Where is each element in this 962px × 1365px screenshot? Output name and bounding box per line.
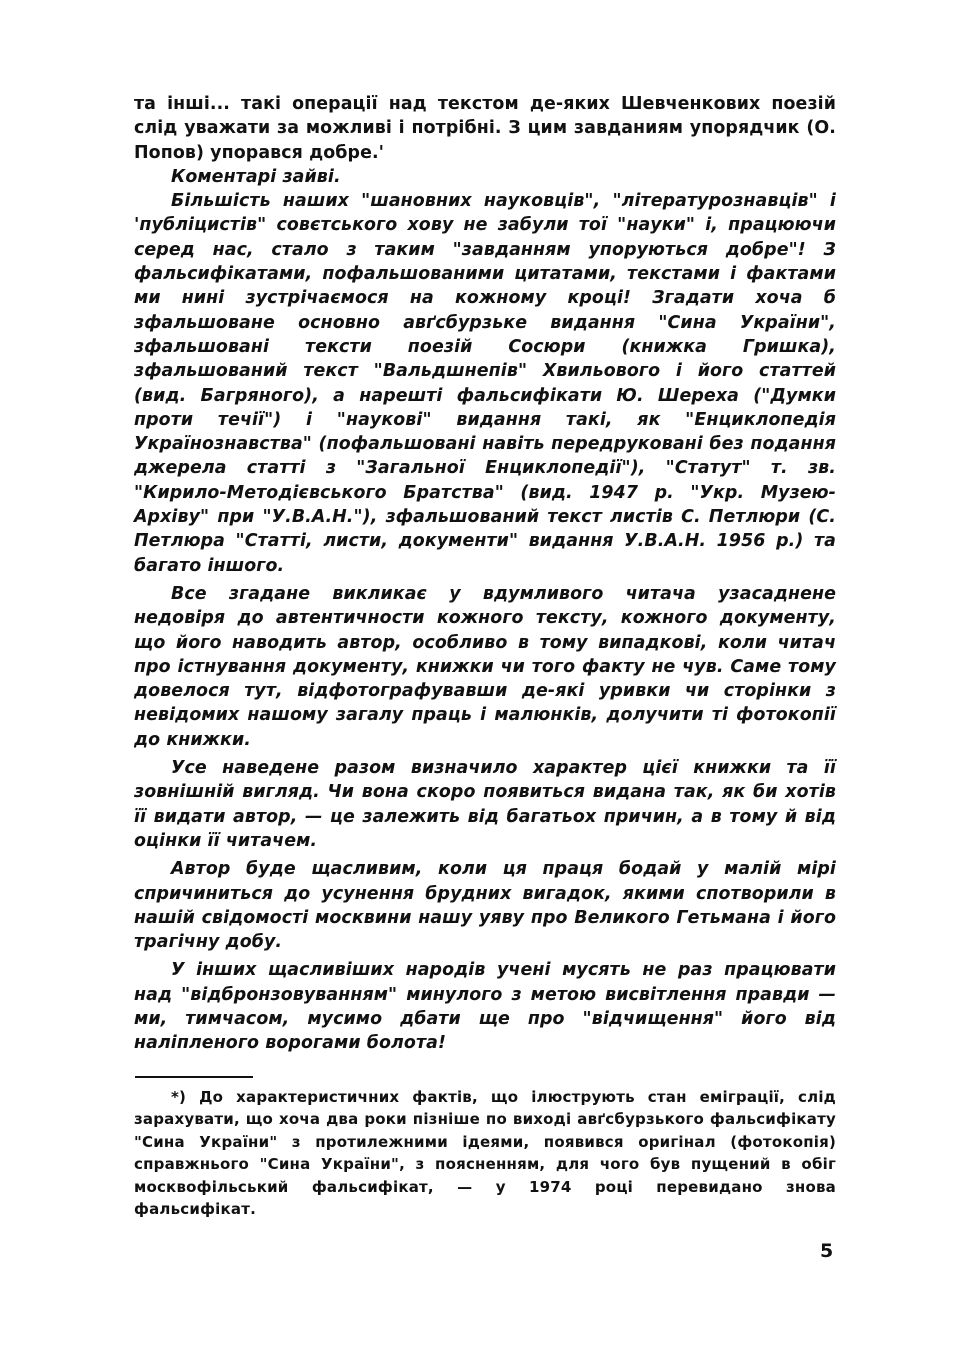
paragraph-other-nations: У інших щасливіших народів учені мусять … [134,958,836,1055]
page-number: 5 [820,1240,833,1262]
main-text: та інші... такі операції над текстом де-… [134,92,836,1056]
page-body: та інші... такі операції над текстом де-… [134,92,836,1056]
paragraph-comment: Коментарі зайві. [134,165,836,189]
paragraph-author-hope: Автор буде щасливим, коли ця праця бодай… [134,857,836,954]
paragraph-distrust: Все згадане викликає у вдумливого читача… [134,582,836,752]
paragraph-book-character: Усе наведене разом визначило характер ці… [134,756,836,853]
paragraph-quote-end: та інші... такі операції над текстом де-… [134,92,836,165]
paragraph-falsifications: Більшість наших "шановних науковців", "л… [134,189,836,578]
footnote: *) До характеристичних фактів, що ілюстр… [134,1086,836,1220]
footnote-divider [135,1076,253,1078]
